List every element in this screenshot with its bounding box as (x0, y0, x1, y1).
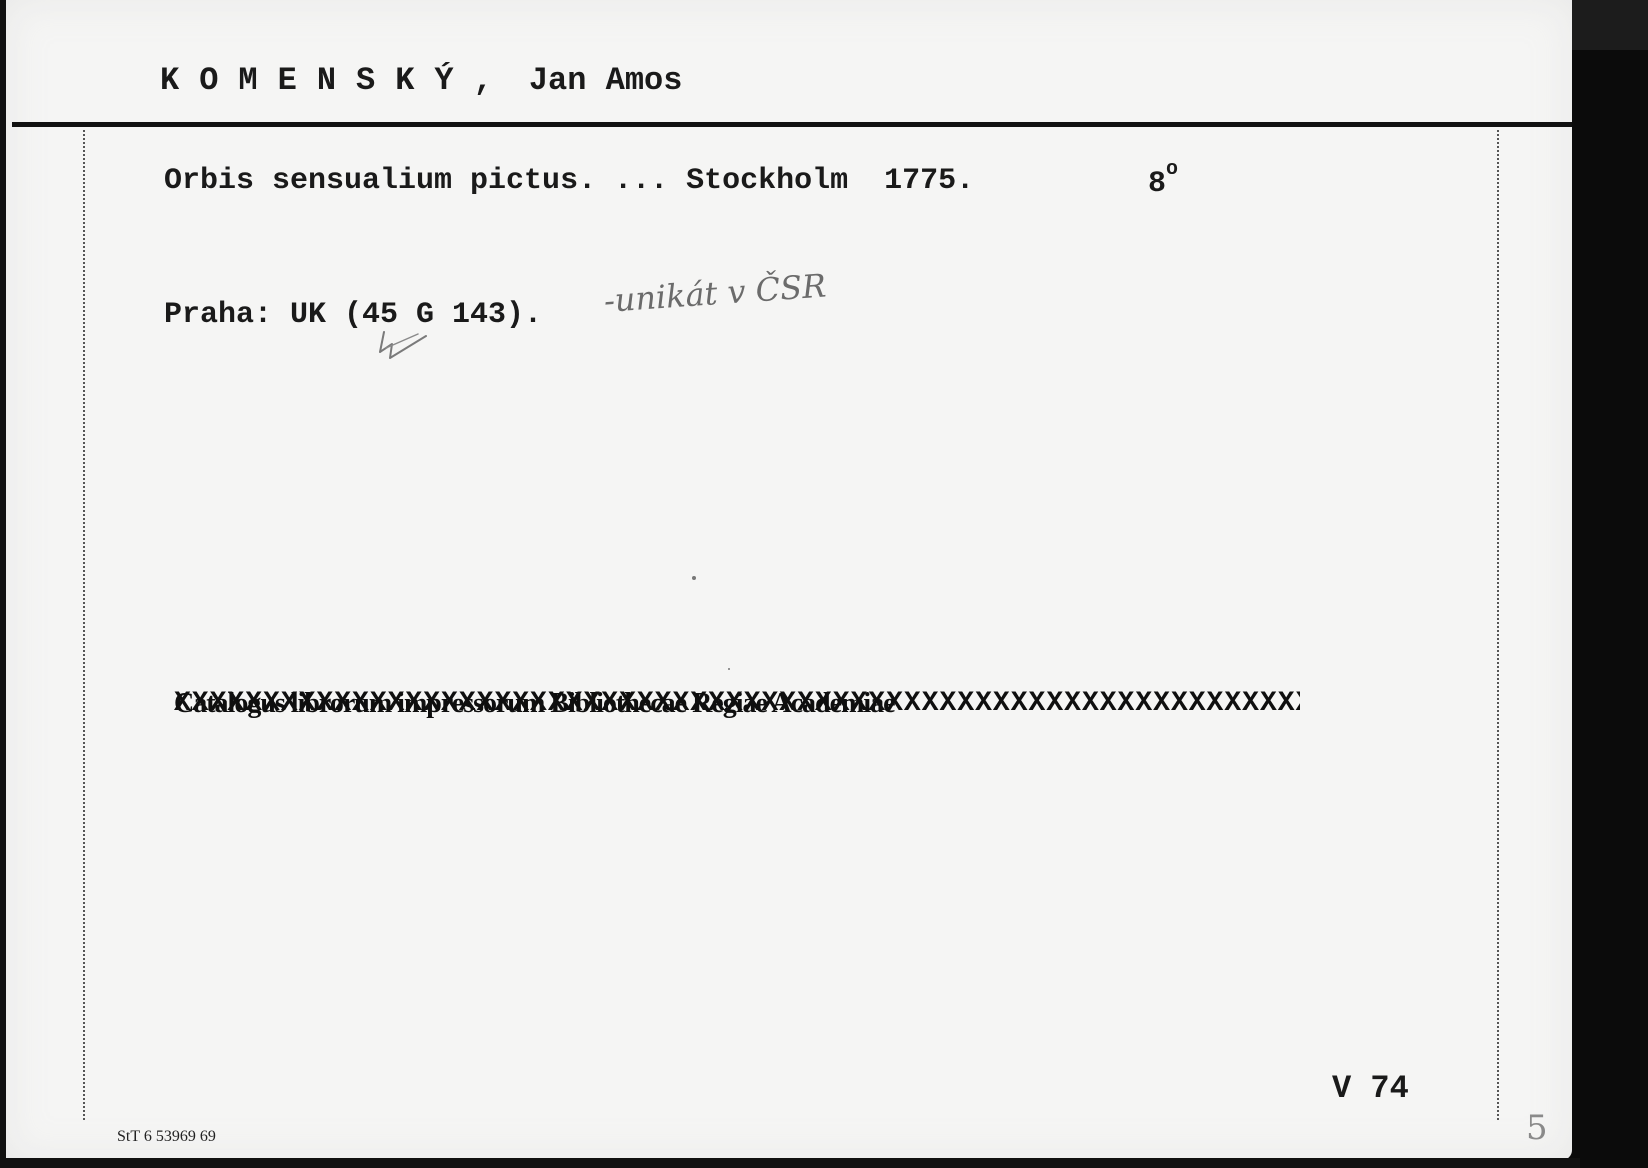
holding-location-line: Praha: UK (45 G 143). (164, 298, 542, 332)
format-superscript: o (1166, 158, 1178, 181)
title-imprint-line: Orbis sensualium pictus. ... Stockholm 1… (164, 164, 974, 198)
left-margin-dotted-line (83, 130, 85, 1120)
printer-mark: StT 6 53969 69 (117, 1128, 216, 1146)
right-margin-dotted-line (1497, 130, 1499, 1120)
author-given-names: Jan Amos (529, 62, 683, 99)
shelfmark: V 74 (1332, 1070, 1409, 1107)
catalog-card: KOMENSKÝ,Jan Amos Orbis sensualium pictu… (6, 0, 1572, 1160)
format-value: 8 (1148, 167, 1166, 201)
strike-overlay: XXXXXXXXXXXXXXXXXXXXXXXXXXXXXXXXXXXXXXXX… (174, 688, 1300, 720)
paper-speck (728, 668, 730, 670)
handwritten-margin-mark-icon (378, 326, 438, 360)
corner-handwritten-mark: 5 (1526, 1108, 1548, 1148)
scan-bottom-border (0, 1158, 1580, 1168)
heading-rule (12, 122, 1572, 127)
card-heading: KOMENSKÝ,Jan Amos (160, 62, 682, 99)
book-format: 8o (1148, 164, 1178, 201)
author-surname: KOMENSKÝ, (160, 62, 513, 99)
handwritten-note: -unikát v ČSR (603, 267, 828, 320)
paper-speck (692, 576, 696, 580)
scan-background (1572, 0, 1648, 50)
struck-through-series-note: Catalogus librorum impressorum Bibliothe… (174, 688, 1300, 720)
